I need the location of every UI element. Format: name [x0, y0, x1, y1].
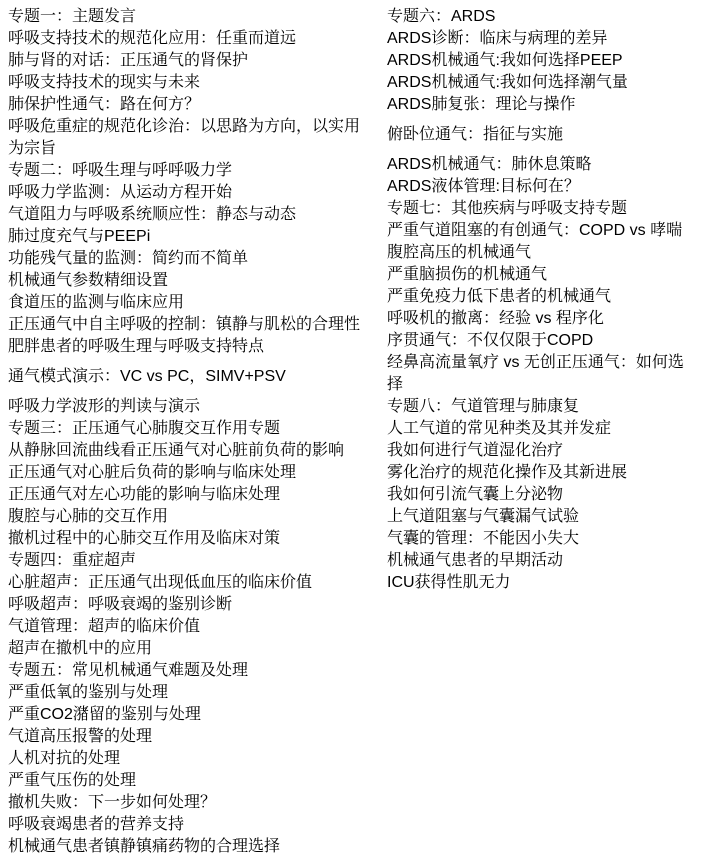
section-heading-line: 专题六：ARDS	[387, 6, 707, 28]
topic-line: 序贯通气：不仅仅限于COPD	[387, 330, 707, 352]
left-column: 专题一：主题发言呼吸支持技术的规范化应用：任重而道远肺与肾的对话：正压通气的肾保…	[8, 6, 382, 861]
topic-line: 呼吸超声：呼吸衰竭的鉴别诊断	[8, 594, 382, 616]
topic-line: 呼吸支持技术的规范化应用：任重而道远	[8, 28, 382, 50]
topic-line: ARDS机械通气:我如何选择PEEP	[387, 50, 707, 72]
topic-line: 机械通气参数精细设置	[8, 270, 382, 292]
topic-line: 心脏超声：正压通气出现低血压的临床价值	[8, 572, 382, 594]
topic-line: 雾化治疗的规范化操作及其新进展	[387, 462, 707, 484]
topic-line: 肺过度充气与PEEPi	[8, 226, 382, 248]
section-heading-line: 专题三：正压通气心肺腹交互作用专题	[8, 418, 382, 440]
topic-line: 呼吸机的撤离：经验 vs 程序化	[387, 308, 707, 330]
right-column: 专题六：ARDSARDS诊断：临床与病理的差异ARDS机械通气:我如何选择PEE…	[387, 6, 707, 602]
topic-paragraph: 通气模式演示：VC vs PC，SIMV+PSV	[8, 366, 382, 388]
topic-line: 严重CO2潴留的鉴别与处理	[8, 704, 382, 726]
topic-line: 食道压的监测与临床应用	[8, 292, 382, 314]
topic-line: 呼吸力学波形的判读与演示	[8, 396, 382, 418]
topic-line: 呼吸危重症的规范化诊治：以思路为方向，以实用	[8, 116, 382, 138]
section-heading-line: 专题八：气道管理与肺康复	[387, 396, 707, 418]
topic-paragraph: 呼吸力学波形的判读与演示专题三：正压通气心肺腹交互作用专题从静脉回流曲线看正压通…	[8, 396, 382, 858]
topic-line: 严重气压伤的处理	[8, 770, 382, 792]
topic-line: 气囊的管理：不能因小失大	[387, 528, 707, 550]
topic-line: 严重气道阻塞的有创通气：COPD vs 哮喘	[387, 220, 707, 242]
topic-line: ARDS液体管理:目标何在？	[387, 176, 707, 198]
topic-line: 呼吸支持技术的现实与未来	[8, 72, 382, 94]
topic-line: 为宗旨	[8, 138, 382, 160]
topic-line: 正压通气对心脏后负荷的影响与临床处理	[8, 462, 382, 484]
topic-line: 从静脉回流曲线看正压通气对心脏前负荷的影响	[8, 440, 382, 462]
topic-paragraph: 专题六：ARDSARDS诊断：临床与病理的差异ARDS机械通气:我如何选择PEE…	[387, 6, 707, 116]
topic-line: 机械通气患者的早期活动	[387, 550, 707, 572]
topic-line: 腹腔高压的机械通气	[387, 242, 707, 264]
topic-line: 气道管理：超声的临床价值	[8, 616, 382, 638]
topic-line: 肺与肾的对话：正压通气的肾保护	[8, 50, 382, 72]
topic-line: ICU获得性肌无力	[387, 572, 707, 594]
topic-line: 严重免疫力低下患者的机械通气	[387, 286, 707, 308]
section-heading-line: 专题五：常见机械通气难题及处理	[8, 660, 382, 682]
topic-line: 气道阻力与呼吸系统顺应性：静态与动态	[8, 204, 382, 226]
topic-line: 肺保护性通气：路在何方？	[8, 94, 382, 116]
topic-line: 俯卧位通气：指征与实施	[387, 124, 707, 146]
topic-line: ARDS肺复张：理论与操作	[387, 94, 707, 116]
section-heading-line: 专题七：其他疾病与呼吸支持专题	[387, 198, 707, 220]
topic-paragraph: 俯卧位通气：指征与实施	[387, 124, 707, 146]
topic-paragraph: ARDS机械通气：肺休息策略ARDS液体管理:目标何在？专题七：其他疾病与呼吸支…	[387, 154, 707, 594]
topic-line: 上气道阻塞与气囊漏气试验	[387, 506, 707, 528]
topic-line: 人工气道的常见种类及其并发症	[387, 418, 707, 440]
topic-line: 经鼻高流量氧疗 vs 无创正压通气：如何选	[387, 352, 707, 374]
topic-line: 功能残气量的监测：简约而不简单	[8, 248, 382, 270]
topic-line: 腹腔与心肺的交互作用	[8, 506, 382, 528]
topic-line: 人机对抗的处理	[8, 748, 382, 770]
topic-line: 超声在撤机中的应用	[8, 638, 382, 660]
topic-line: ARDS机械通气:我如何选择潮气量	[387, 72, 707, 94]
agenda-document: 专题一：主题发言呼吸支持技术的规范化应用：任重而道远肺与肾的对话：正压通气的肾保…	[0, 0, 712, 861]
topic-line: ARDS机械通气：肺休息策略	[387, 154, 707, 176]
topic-line: 撤机失败：下一步如何处理？	[8, 792, 382, 814]
section-heading-line: 专题一：主题发言	[8, 6, 382, 28]
topic-paragraph: 专题一：主题发言呼吸支持技术的规范化应用：任重而道远肺与肾的对话：正压通气的肾保…	[8, 6, 382, 358]
topic-line: 我如何引流气囊上分泌物	[387, 484, 707, 506]
topic-line: 正压通气中自主呼吸的控制：镇静与肌松的合理性	[8, 314, 382, 336]
topic-line: 气道高压报警的处理	[8, 726, 382, 748]
topic-line: 撤机过程中的心肺交互作用及临床对策	[8, 528, 382, 550]
topic-line: 呼吸衰竭患者的营养支持	[8, 814, 382, 836]
topic-line: 严重低氧的鉴别与处理	[8, 682, 382, 704]
topic-line: 呼吸力学监测：从运动方程开始	[8, 182, 382, 204]
topic-line: 正压通气对左心功能的影响与临床处理	[8, 484, 382, 506]
topic-line: 肥胖患者的呼吸生理与呼吸支持特点	[8, 336, 382, 358]
topic-line: 严重脑损伤的机械通气	[387, 264, 707, 286]
section-heading-line: 专题二：呼吸生理与呼呼吸力学	[8, 160, 382, 182]
topic-line: 我如何进行气道湿化治疗	[387, 440, 707, 462]
topic-line: 择	[387, 374, 707, 396]
section-heading-line: 专题四：重症超声	[8, 550, 382, 572]
topic-line: 机械通气患者镇静镇痛药物的合理选择	[8, 836, 382, 858]
topic-line: ARDS诊断：临床与病理的差异	[387, 28, 707, 50]
topic-line: 通气模式演示：VC vs PC，SIMV+PSV	[8, 366, 382, 388]
